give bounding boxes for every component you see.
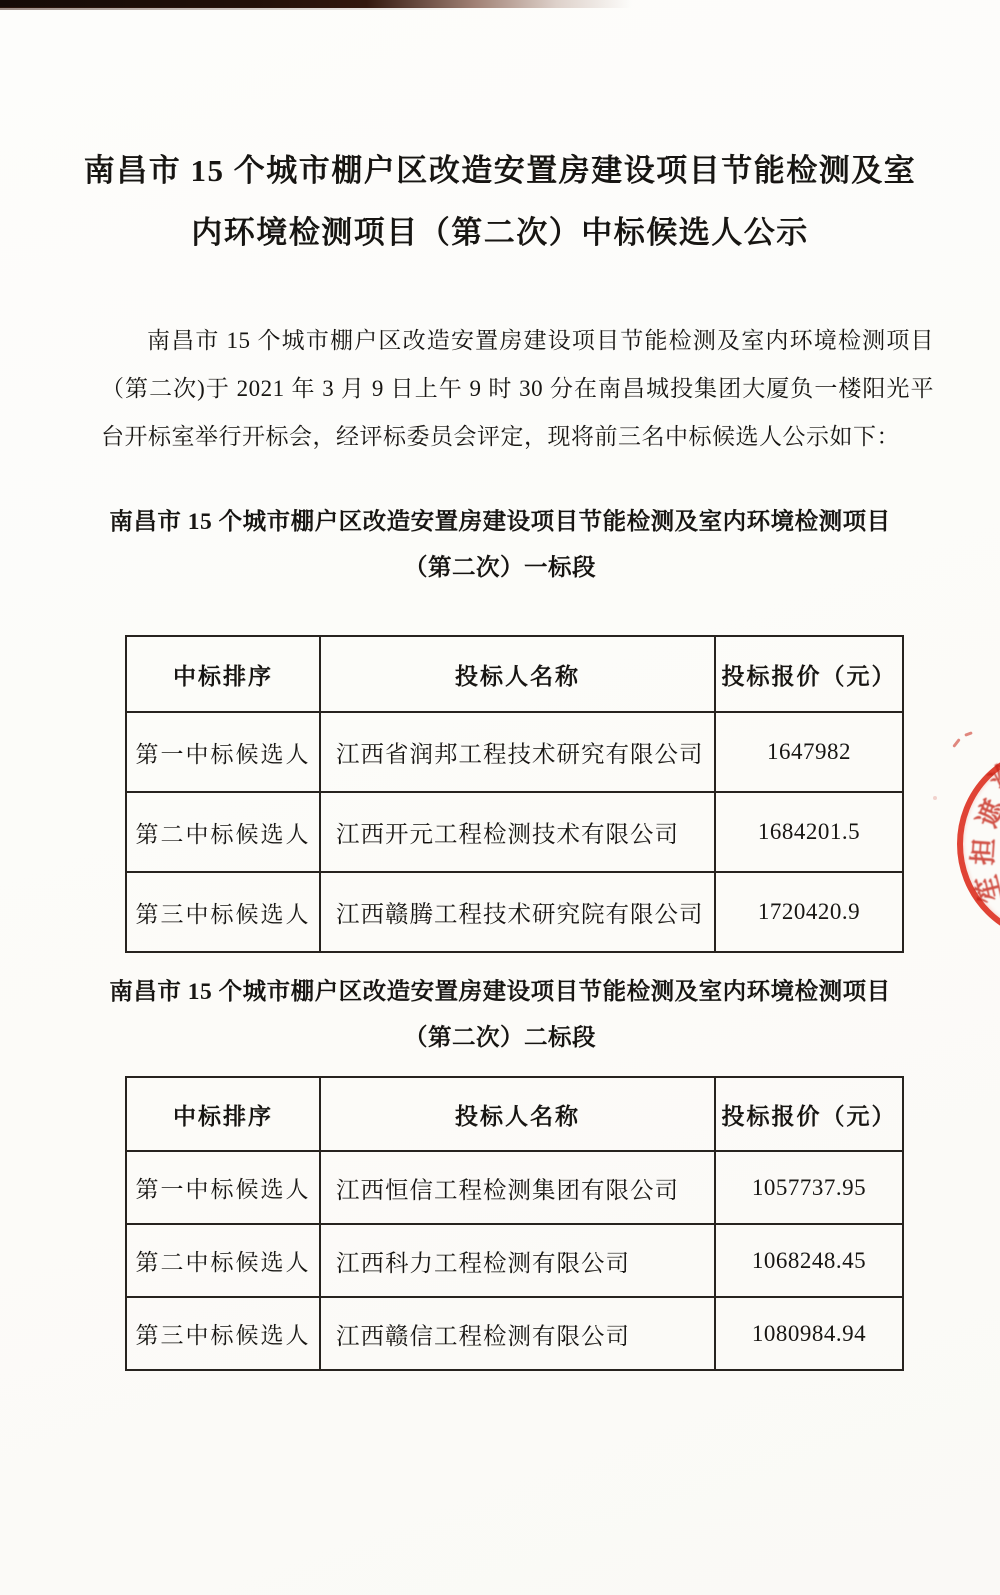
section-2-heading: 南昌市 15 个城市棚户区改造安置房建设项目节能检测及室内环境检测项目 （第二次…: [50, 969, 950, 1061]
bidder-name-cell: 江西省润邦工程技术研究有限公司: [320, 712, 715, 792]
rank-cell: 第三中标候选人: [126, 1297, 320, 1370]
intro-line-1: 南昌市 15 个城市棚户区改造安置房建设项目节能检测及室内环境检测项目: [101, 317, 934, 365]
table-row: 第一中标候选人 江西省润邦工程技术研究有限公司 1647982: [126, 712, 903, 792]
bid-price-cell: 1080984.94: [715, 1297, 903, 1370]
rank-cell: 第一中标候选人: [126, 712, 320, 792]
document-title-line-1: 南昌市 15 个城市棚户区改造安置房建设项目节能检测及室: [50, 140, 950, 202]
section-1-heading: 南昌市 15 个城市棚户区改造安置房建设项目节能检测及室内环境检测项目 （第二次…: [50, 499, 950, 591]
bid-price-cell: 1684201.5: [715, 792, 903, 872]
intro-line-2: （第二次)于 2021 年 3 月 9 日上午 9 时 30 分在南昌城投集团大…: [101, 365, 934, 413]
bidder-name-cell: 江西赣信工程检测有限公司: [320, 1297, 715, 1370]
table-header-row: 中标排序 投标人名称 投标报价（元）: [126, 636, 903, 712]
intro-line-3: 台开标室举行开标会，经评标委员会评定，现将前三名中标候选人公示如下：: [101, 413, 934, 461]
bidder-name-cell: 江西开元工程检测技术有限公司: [320, 792, 715, 872]
stamp-ink-mark: [952, 738, 961, 748]
table-row: 第二中标候选人 江西科力工程检测有限公司 1068248.45: [126, 1224, 903, 1297]
document-title: 南昌市 15 个城市棚户区改造安置房建设项目节能检测及室 内环境检测项目（第二次…: [50, 140, 950, 264]
rank-column-header: 中标排序: [126, 636, 320, 712]
bid-price-cell: 1720420.9: [715, 872, 903, 952]
section-2-heading-line-1: 南昌市 15 个城市棚户区改造安置房建设项目节能检测及室内环境检测项目: [50, 969, 950, 1015]
rank-cell: 第一中标候选人: [126, 1151, 320, 1224]
bid-price-cell: 1068248.45: [715, 1224, 903, 1297]
rank-cell: 第三中标候选人: [126, 872, 320, 952]
red-seal-stamp-icon: 泠 遮 担 笙: [957, 745, 1000, 943]
stamp-ink-mark: [933, 796, 937, 800]
rank-column-header: 中标排序: [126, 1077, 320, 1151]
bidder-name-cell: 江西恒信工程检测集团有限公司: [320, 1151, 715, 1224]
section-2-heading-line-2: （第二次）二标段: [50, 1015, 950, 1061]
scanned-document-page: 南昌市 15 个城市棚户区改造安置房建设项目节能检测及室 内环境检测项目（第二次…: [0, 0, 1000, 1595]
table-row: 第三中标候选人 江西赣腾工程技术研究院有限公司 1720420.9: [126, 872, 903, 952]
bidder-column-header: 投标人名称: [320, 1077, 715, 1151]
section-1-heading-line-2: （第二次）一标段: [50, 545, 950, 591]
stamp-ink-mark: [964, 731, 973, 737]
table-row: 第三中标候选人 江西赣信工程检测有限公司 1080984.94: [126, 1297, 903, 1370]
bidder-column-header: 投标人名称: [320, 636, 715, 712]
stamp-character: 遮: [965, 793, 1000, 833]
document-title-line-2: 内环境检测项目（第二次）中标候选人公示: [50, 202, 950, 264]
section-1-heading-line-1: 南昌市 15 个城市棚户区改造安置房建设项目节能检测及室内环境检测项目: [50, 499, 950, 545]
table-row: 第一中标候选人 江西恒信工程检测集团有限公司 1057737.95: [126, 1151, 903, 1224]
bid-section-2-table: 中标排序 投标人名称 投标报价（元） 第一中标候选人 江西恒信工程检测集团有限公…: [125, 1076, 904, 1371]
rank-cell: 第二中标候选人: [126, 792, 320, 872]
bid-section-1-table: 中标排序 投标人名称 投标报价（元） 第一中标候选人 江西省润邦工程技术研究有限…: [125, 635, 904, 953]
stamp-character: 笙: [964, 872, 1000, 908]
bid-price-cell: 1057737.95: [715, 1151, 903, 1224]
rank-cell: 第二中标候选人: [126, 1224, 320, 1297]
stamp-character: 泠: [979, 752, 1000, 798]
bid-price-cell: 1647982: [715, 712, 903, 792]
scan-artifact-top-thin: [0, 7, 470, 10]
stamp-character: 担: [961, 837, 1000, 867]
intro-paragraph: 南昌市 15 个城市棚户区改造安置房建设项目节能检测及室内环境检测项目 （第二次…: [101, 317, 934, 461]
bidder-name-cell: 江西科力工程检测有限公司: [320, 1224, 715, 1297]
bidder-name-cell: 江西赣腾工程技术研究院有限公司: [320, 872, 715, 952]
table-header-row: 中标排序 投标人名称 投标报价（元）: [126, 1077, 903, 1151]
price-column-header: 投标报价（元）: [715, 1077, 903, 1151]
table-row: 第二中标候选人 江西开元工程检测技术有限公司 1684201.5: [126, 792, 903, 872]
price-column-header: 投标报价（元）: [715, 636, 903, 712]
